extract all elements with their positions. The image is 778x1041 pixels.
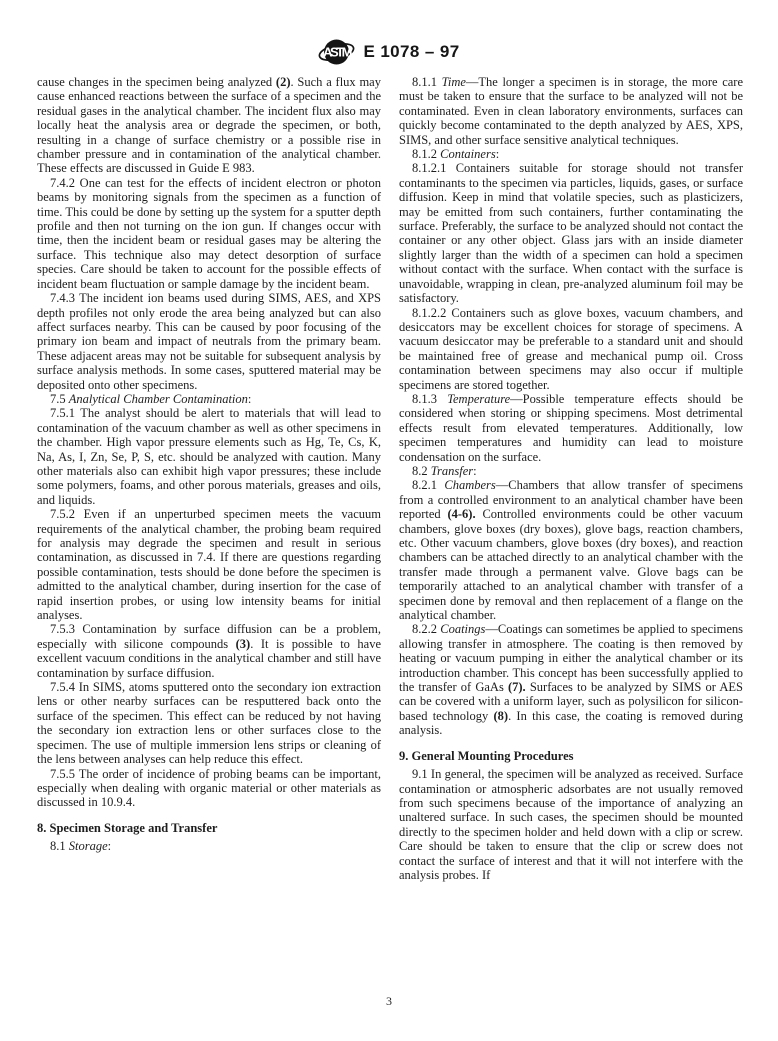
paragraph: 7.5.3 Contamination by surface diffusion… [37, 622, 381, 680]
text-segment: 7.5.2 Even if an unperturbed specimen me… [37, 507, 381, 622]
paragraph: 8.1.1 Time—The longer a specimen is in s… [399, 75, 743, 147]
paragraph: 7.4.3 The incident ion beams used during… [37, 291, 381, 392]
text-segment: 9. General Mounting Procedures [399, 749, 574, 763]
text-segment: 8.2.1 [412, 478, 444, 492]
text-segment: 8.1.2.1 Containers suitable for storage … [399, 161, 743, 305]
text-segment: 8.2 [412, 464, 431, 478]
text-segment: Controlled environments could be other v… [399, 507, 743, 622]
text-segment: (4-6). [447, 507, 475, 521]
left-column: cause changes in the specimen being anal… [37, 75, 381, 882]
text-segment: 8.1.2.2 Containers such as glove boxes, … [399, 306, 743, 392]
text-segment: : [248, 392, 251, 406]
text-segment: Containers [440, 147, 496, 161]
paragraph: 7.5.2 Even if an unperturbed specimen me… [37, 507, 381, 622]
text-segment: 7.5.1 The analyst should be alert to mat… [37, 406, 381, 506]
page-number: 3 [386, 994, 392, 1008]
section-heading: 8. Specimen Storage and Transfer [37, 821, 381, 835]
right-column: 8.1.1 Time—The longer a specimen is in s… [399, 75, 743, 882]
text-segment: (3) [236, 637, 251, 651]
text-segment: : [108, 839, 111, 853]
text-segment: 8.1.1 [412, 75, 442, 89]
text-segment: 8. Specimen Storage and Transfer [37, 821, 217, 835]
text-segment: Time [442, 75, 466, 89]
text-segment: (7). [508, 680, 526, 694]
text-segment: . Such a flux may cause enhanced reactio… [37, 75, 381, 175]
text-segment: Chambers [444, 478, 495, 492]
section-heading: 9. General Mounting Procedures [399, 749, 743, 763]
astm-logo-icon: ASTM [318, 36, 355, 68]
text-segment: : [496, 147, 499, 161]
text-segment: 7.5.4 In SIMS, atoms sputtered onto the … [37, 680, 381, 766]
document-code: E 1078 – 97 [363, 42, 459, 62]
paragraph: 8.1.3 Temperature—Possible temperature e… [399, 392, 743, 464]
text-segment: 8.2.2 [412, 622, 440, 636]
paragraph: 8.1.2.1 Containers suitable for storage … [399, 161, 743, 305]
text-segment: 8.1 [50, 839, 69, 853]
paragraph: 7.5 Analytical Chamber Contamination: [37, 392, 381, 406]
page-footer: 3 [0, 994, 778, 1009]
paragraph: cause changes in the specimen being anal… [37, 75, 381, 176]
paragraph: 9.1 In general, the specimen will be ana… [399, 767, 743, 882]
text-segment: 7.4.2 One can test for the effects of in… [37, 176, 381, 291]
paragraph: 8.1.2.2 Containers such as glove boxes, … [399, 306, 743, 392]
text-segment: : [473, 464, 476, 478]
paragraph: 7.5.5 The order of incidence of probing … [37, 767, 381, 810]
paragraph: 7.4.2 One can test for the effects of in… [37, 176, 381, 291]
text-segment: 7.5 [50, 392, 69, 406]
text-segment: Storage [69, 839, 108, 853]
text-segment: 7.4.3 The incident ion beams used during… [37, 291, 381, 391]
paragraph: 7.5.4 In SIMS, atoms sputtered onto the … [37, 680, 381, 766]
text-segment: 8.1.2 [412, 147, 440, 161]
paragraph: 8.1.2 Containers: [399, 147, 743, 161]
text-segment: cause changes in the specimen being anal… [37, 75, 276, 89]
text-segment: 9.1 In general, the specimen will be ana… [399, 767, 743, 882]
document-header: ASTM E 1078 – 97 [0, 36, 778, 68]
paragraph: 8.2.1 Chambers—Chambers that allow trans… [399, 478, 743, 622]
text-segment: 8.1.3 [412, 392, 447, 406]
paragraph: 7.5.1 The analyst should be alert to mat… [37, 406, 381, 507]
paragraph: 8.1 Storage: [37, 839, 381, 853]
text-segment: Transfer [431, 464, 473, 478]
paragraph: 8.2 Transfer: [399, 464, 743, 478]
text-segment: Analytical Chamber Contamination [69, 392, 248, 406]
text-segment: Coatings [440, 622, 485, 636]
text-segment: 7.5.5 The order of incidence of probing … [37, 767, 381, 810]
text-segment: Temperature [447, 392, 510, 406]
paragraph: 8.2.2 Coatings—Coatings can sometimes be… [399, 622, 743, 737]
text-segment: (8) [493, 709, 508, 723]
text-columns: cause changes in the specimen being anal… [37, 75, 743, 882]
text-segment: (2) [276, 75, 291, 89]
astm-logo-text: ASTM [324, 45, 353, 60]
